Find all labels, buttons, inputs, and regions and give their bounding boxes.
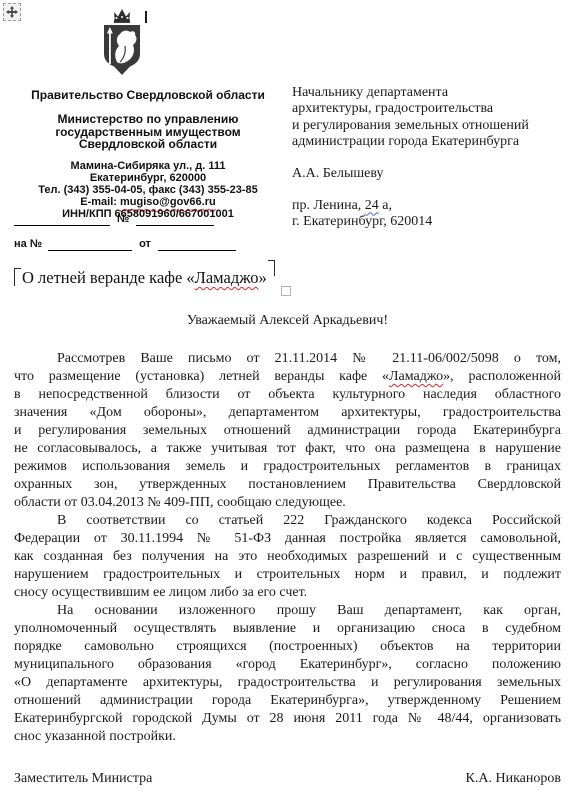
signer-name: К.А. Никаноров <box>466 771 561 787</box>
number-blank-field[interactable] <box>136 214 214 226</box>
body-line: значения «Дом обороны», департаментом ар… <box>14 404 561 422</box>
recipient-city: г. Екатеринбург, 620014 <box>292 214 564 230</box>
body-line: муниципального образования «город Екатер… <box>14 656 561 674</box>
subject-cafe-name: Ламаджо <box>195 268 259 287</box>
sender-block: Правительство Свердловской области Минис… <box>14 88 282 220</box>
body-line: нарушением градостроительных и строитель… <box>14 566 561 584</box>
cafe-name-misspelled: Ламаджо <box>389 369 443 384</box>
sender-city: Екатеринбург, 620000 <box>14 172 282 184</box>
body-line: режимов использования земель и градостро… <box>14 458 561 476</box>
body-line: порядке самовольно строящихся (построенн… <box>14 638 561 656</box>
subject-corner-right <box>268 260 275 276</box>
incoming-date-blank-field[interactable] <box>158 239 236 251</box>
greeting-line: Уважаемый Алексей Аркадьевич! <box>14 312 561 330</box>
body-line: Екатеринбургской городской Думы от 28 ию… <box>14 710 561 728</box>
incoming-number-line: на № от <box>14 238 282 251</box>
body-line: отношений администрации города Екатеринб… <box>14 692 561 710</box>
body-line: Рассмотрев Ваше письмо от 21.11.2014 № 2… <box>14 350 561 368</box>
body-line: В соответствии со статьей 222 Гражданско… <box>14 512 561 530</box>
sender-phone: Тел. (343) 355-04-05, факс (343) 355-23-… <box>14 184 282 196</box>
body-line: «О департаменте архитектуры, градостроит… <box>14 674 561 692</box>
body-line: охранных зон, утвержденных постановление… <box>14 476 561 494</box>
recipient-street: пр. Ленина, 24 а, <box>292 198 564 214</box>
recipient-block: Начальнику департамента архитектуры, гра… <box>292 85 564 230</box>
recipient-line: и регулирования земельных отношений <box>292 118 564 134</box>
subject-corner-left <box>14 268 21 286</box>
subject-text: О летней веранде кафе « <box>22 268 195 287</box>
body-line: На основании изложенного прошу Ваш депар… <box>14 602 561 620</box>
subject-line: О летней веранде кафе «Ламаджо» <box>14 260 275 288</box>
recipient-line: администрации города Екатеринбурга <box>292 134 564 150</box>
recipient-name: А.А. Белышеву <box>292 166 564 182</box>
body-line: как созданная без получения на это необх… <box>14 548 561 566</box>
email-label: E-mail: <box>80 196 120 208</box>
empty-square-mark <box>281 286 291 296</box>
body-line: в непосредственной близости от объекта к… <box>14 386 561 404</box>
sender-address: Мамина-Сибиряка ул., д. 111 Екатеринбург… <box>14 160 282 220</box>
incoming-number-blank-field[interactable] <box>48 239 132 251</box>
coat-of-arms-icon <box>100 6 144 78</box>
date-blank-field[interactable] <box>14 214 110 226</box>
sender-ministry-line: Свердловской области <box>14 138 282 151</box>
body-line: и регулирования земельных отношений адми… <box>14 422 561 440</box>
signer-title: Заместитель Министра <box>14 771 152 787</box>
recipient-line: архитектуры, градостроительства <box>292 101 564 117</box>
street-number: 24 <box>365 198 379 213</box>
sender-email: mugiso@gov66.ru <box>120 196 216 208</box>
sender-ministry-line: Министерство по управлению <box>14 113 282 126</box>
reference-block: № на № от <box>14 213 282 263</box>
signature-row: Заместитель Министра К.А. Никаноров <box>14 771 561 787</box>
text-cursor <box>145 11 147 23</box>
sender-email-line: E-mail: mugiso@gov66.ru <box>14 196 282 208</box>
recipient-address: пр. Ленина, 24 а, г. Екатеринбург, 62001… <box>292 198 564 231</box>
body-line: Федерации от 30.11.1994 № 51-ФЗ данная п… <box>14 530 561 548</box>
street-text: пр. Ленина, <box>292 198 365 213</box>
body-line: что размещение (установка) летней веранд… <box>14 368 561 386</box>
body-line: снос указанной постройки. <box>14 728 561 746</box>
body-line: сносу осуществившим ее лицом либо за его… <box>14 584 561 602</box>
body-text: что размещение (установка) летней веранд… <box>14 369 389 384</box>
street-suffix: а, <box>379 198 392 213</box>
na-number-label: на № <box>14 238 42 251</box>
sender-ministry: Министерство по управлению государственн… <box>14 113 282 151</box>
move-handle-icon[interactable] <box>3 3 21 21</box>
body-line: не согласовывалось, а также учитывая тот… <box>14 440 561 458</box>
move-arrows-glyph <box>6 6 18 18</box>
recipient-line: Начальнику департамента <box>292 85 564 101</box>
subject-close-quote: » <box>258 268 266 287</box>
letter-body: Уважаемый Алексей Аркадьевич! Рассмотрев… <box>14 312 561 746</box>
ot-label: от <box>139 238 151 251</box>
body-line: уполномоченный осуществлять выявление и … <box>14 620 561 638</box>
number-sign-label: № <box>117 213 129 226</box>
body-text: », расположенной <box>443 369 561 384</box>
body-line: области от 03.04.2013 № 409-ПП, сообщаю … <box>14 494 561 512</box>
letter-page: Правительство Свердловской области Минис… <box>0 0 575 805</box>
sender-street: Мамина-Сибиряка ул., д. 111 <box>14 160 282 172</box>
outgoing-number-line: № <box>14 213 282 226</box>
sender-government: Правительство Свердловской области <box>14 88 282 102</box>
